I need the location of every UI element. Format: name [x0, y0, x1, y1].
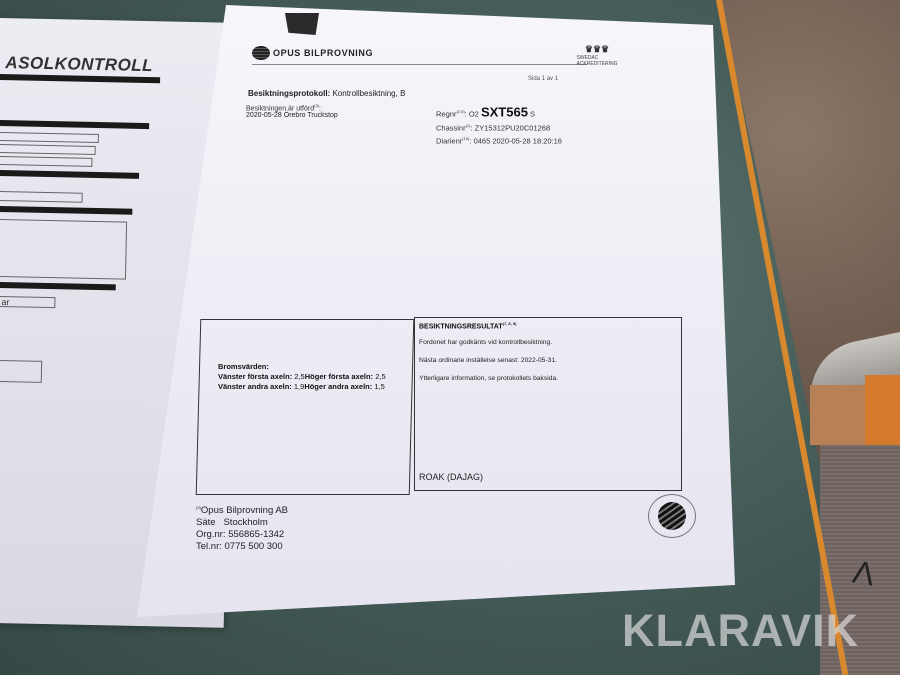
diary-row: Diarienr(10): 0465 2020-05-28 18:20:16	[436, 133, 562, 147]
tape	[285, 13, 319, 35]
section-bar	[0, 205, 132, 215]
page-number: Sida 1 av 1	[528, 76, 558, 82]
chassis-row: Chassinr(1): ZY15312PU20C01268	[436, 120, 562, 134]
brake-values: Bromsvärden: Vänster första axeln: 2,5Hö…	[218, 362, 386, 392]
watermark: KLARAVIK	[622, 605, 859, 657]
diary-number: 0465 2020-05-28 18:20:16	[474, 137, 562, 146]
result-line: Nästa ordinarie inställelse senast: 2022…	[419, 357, 557, 364]
company-footer: (9)Opus Bilprovning AB Säte Stockholm Or…	[196, 502, 288, 553]
section-bar	[0, 281, 116, 290]
brake-row: Vänster första axeln: 2,5Höger första ax…	[218, 372, 386, 382]
swedac-seal: ♛♛♛ SWEDAC ACKREDITERING	[580, 38, 614, 72]
brand-name: OPUS BILPROVNING	[273, 48, 373, 58]
performed-label: Besiktningen är utförd(3):	[246, 103, 321, 112]
form-textarea	[0, 218, 127, 279]
globe-icon	[252, 46, 270, 60]
brake-row: Vänster andra axeln: 1,9Höger andra axel…	[218, 382, 386, 392]
regnr-row: Regnr(2,5): O2 SXT565 S	[436, 106, 562, 120]
climate-compensated-badge	[648, 494, 696, 538]
form-field	[0, 190, 83, 203]
protocol-title-value: Kontrollbesiktning, B	[332, 89, 405, 98]
header-divider	[252, 64, 587, 65]
result-title: BESIKTNINGSRESULTAT(7, 8, 9)	[419, 321, 516, 330]
brake-values-box	[196, 319, 415, 495]
globe-icon	[658, 502, 686, 530]
form-field	[0, 359, 42, 383]
section-bar	[0, 119, 149, 129]
left-document-title: ASOLKONTROLL	[5, 53, 153, 76]
company-orgnr: Org.nr: 556865-1342	[196, 529, 288, 541]
result-line: Fordonet har godkänts vid kontrollbesikt…	[419, 339, 552, 346]
form-field	[0, 143, 96, 155]
form-field	[0, 131, 99, 143]
crowns-icon: ♛♛♛	[585, 44, 609, 55]
inspector-signature: ROAK (DAJAG)	[419, 472, 483, 482]
brake-values-title: Bromsvärden:	[218, 362, 386, 372]
company-telnr: Tel.nr: 0775 500 300	[196, 541, 288, 553]
vehicle-identification: Regnr(2,5): O2 SXT565 S Chassinr(1): ZY1…	[436, 106, 562, 147]
form-field-text: ar	[1, 297, 9, 307]
opus-logo: OPUS BILPROVNING	[252, 46, 373, 60]
protocol-title-label: Besiktningsprotokoll:	[248, 89, 330, 98]
result-line: Ytterligare information, se protokollets…	[419, 375, 558, 382]
protocol-title: Besiktningsprotokoll: Kontrollbesiktning…	[248, 89, 405, 98]
company-seat: Säte Stockholm	[196, 517, 288, 529]
registration-number: SXT565	[481, 105, 528, 120]
chassis-number: ZY15312PU20C01268	[475, 123, 550, 132]
form-field: ar	[0, 295, 56, 308]
section-bar	[0, 169, 139, 179]
form-field	[0, 155, 92, 167]
performed-value: 2020-05-28 Örebro Truckstop	[246, 112, 338, 119]
swedac-text: SWEDAC ACKREDITERING	[576, 55, 617, 67]
company-name: (9)Opus Bilprovning AB	[196, 502, 288, 517]
